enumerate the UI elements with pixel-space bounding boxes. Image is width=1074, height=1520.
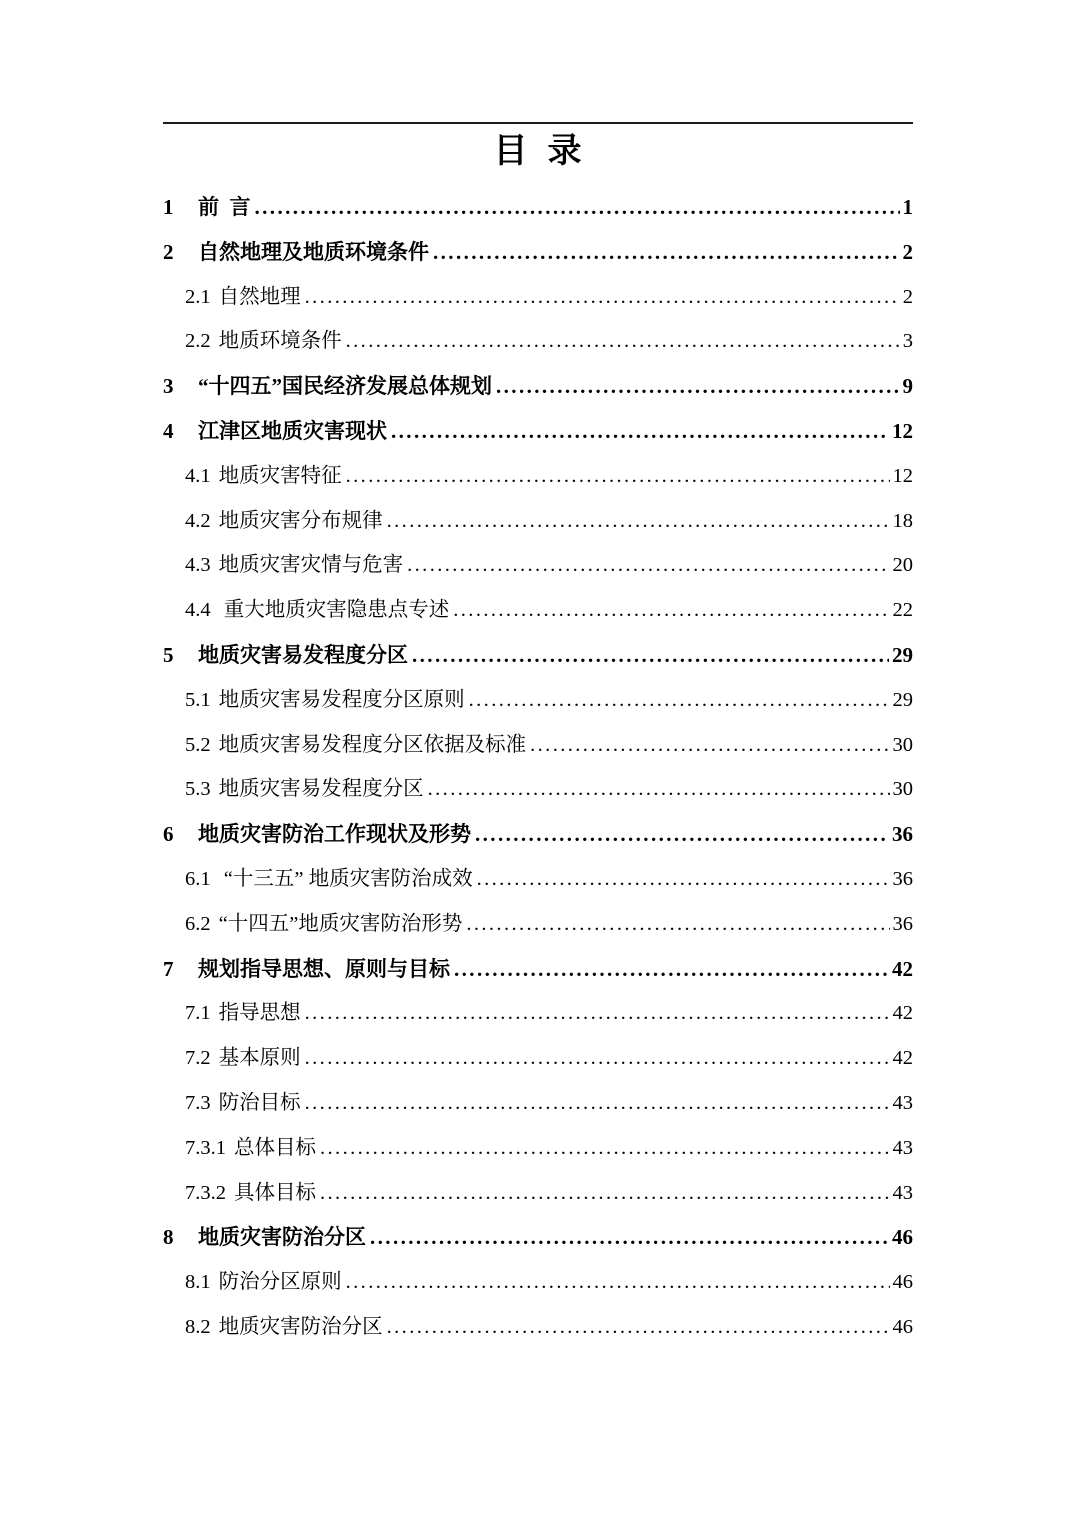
toc-entry[interactable]: 5.3 地质灾害易发程度分区 30 — [163, 767, 913, 812]
toc-entry-number: 7 — [163, 947, 198, 992]
document-page: 目 录 1 前 言 1 2 自然地理及地质环境条件 2 2.1 自然地理 2 2… — [0, 0, 1074, 1520]
toc-entry-page: 1 — [903, 185, 914, 230]
dot-leader — [530, 723, 889, 768]
dot-leader — [387, 499, 890, 544]
toc-entry-number: 6 — [163, 812, 198, 857]
dot-leader — [346, 1260, 890, 1305]
header-rule — [163, 122, 913, 124]
dot-leader — [496, 364, 900, 409]
toc-entry-title: 前 言 — [198, 185, 251, 230]
toc-entry[interactable]: 2.1 自然地理 2 — [163, 275, 913, 320]
toc-entry[interactable]: 5.2 地质灾害易发程度分区依据及标准 30 — [163, 723, 913, 768]
toc-entry-title: 地质灾害防治分区 — [219, 1305, 383, 1350]
toc-entry-page: 43 — [893, 1126, 914, 1171]
dot-leader — [453, 588, 889, 633]
toc-entry[interactable]: 8.2 地质灾害防治分区 46 — [163, 1305, 913, 1350]
toc-entry-title: 地质灾害防治工作现状及形势 — [198, 812, 471, 857]
toc-entry-page: 18 — [893, 499, 914, 544]
toc-entry-title: 自然地理 — [219, 275, 301, 320]
toc-entry-number: 7.2 — [185, 1036, 211, 1081]
toc-entry-title: 江津区地质灾害现状 — [198, 409, 387, 454]
toc-entry[interactable]: 7.3 防治目标 43 — [163, 1081, 913, 1126]
toc-entry[interactable]: 4 江津区地质灾害现状 12 — [163, 409, 913, 454]
dot-leader — [346, 319, 900, 364]
toc-entry-number: 7.3.2 — [185, 1171, 226, 1216]
toc-entry-number: 5 — [163, 633, 198, 678]
toc-entry-title: 地质灾害特征 — [219, 454, 342, 499]
toc-entry-page: 43 — [893, 1081, 914, 1126]
toc-entry[interactable]: 7.3.2 具体目标 43 — [163, 1171, 913, 1216]
toc-entry[interactable]: 7.3.1 总体目标 43 — [163, 1126, 913, 1171]
toc-entry-page: 12 — [893, 454, 914, 499]
toc-entry-title: 地质灾害防治分区 — [198, 1215, 366, 1260]
dot-leader — [391, 409, 889, 454]
toc-entry-number: 2.2 — [185, 319, 211, 364]
toc-entry[interactable]: 4.4 重大地质灾害隐患点专述 22 — [163, 588, 913, 633]
dot-leader — [454, 947, 889, 992]
toc-entry[interactable]: 7.2 基本原则 42 — [163, 1036, 913, 1081]
toc-entry[interactable]: 5.1 地质灾害易发程度分区原则 29 — [163, 678, 913, 723]
toc-entry-page: 30 — [893, 723, 914, 768]
toc-entry[interactable]: 6.1 “十三五” 地质灾害防治成效 36 — [163, 857, 913, 902]
toc-entry-number: 4.3 — [185, 543, 211, 588]
toc-entry-number: 8.1 — [185, 1260, 211, 1305]
dot-leader — [433, 230, 900, 275]
toc-entry-number: 5.2 — [185, 723, 211, 768]
toc-entry[interactable]: 4.1 地质灾害特征 12 — [163, 454, 913, 499]
toc-entry-number: 6.1 — [185, 857, 211, 902]
toc-title: 目 录 — [163, 131, 913, 173]
toc-entry-title: 总体目标 — [234, 1126, 316, 1171]
toc-entry-page: 22 — [893, 588, 914, 633]
toc-entry-title: 地质灾害易发程度分区依据及标准 — [219, 723, 527, 768]
toc-entry-page: 42 — [893, 1036, 914, 1081]
dot-leader — [469, 678, 890, 723]
toc-entry[interactable]: 3 “十四五”国民经济发展总体规划 9 — [163, 364, 913, 409]
toc-entry[interactable]: 2 自然地理及地质环境条件 2 — [163, 230, 913, 275]
toc-entry-page: 42 — [893, 991, 914, 1036]
dot-leader — [320, 1126, 890, 1171]
toc-entry-number: 7.3 — [185, 1081, 211, 1126]
toc-entry-number: 3 — [163, 364, 198, 409]
toc-entry-title: 防治分区原则 — [219, 1260, 342, 1305]
dot-leader — [255, 185, 900, 230]
toc-entry-page: 36 — [892, 812, 913, 857]
toc-entry-page: 36 — [893, 902, 914, 947]
toc-entry-title: 地质灾害易发程度分区原则 — [219, 678, 465, 723]
toc-entry[interactable]: 8.1 防治分区原则 46 — [163, 1260, 913, 1305]
toc-entry-page: 36 — [893, 857, 914, 902]
toc-entry[interactable]: 8 地质灾害防治分区 46 — [163, 1215, 913, 1260]
toc-entry-page: 2 — [903, 275, 913, 320]
toc-entry-title: “十四五”国民经济发展总体规划 — [198, 364, 492, 409]
dot-leader — [387, 1305, 890, 1350]
dot-leader — [320, 1171, 890, 1216]
toc-entry-number: 2.1 — [185, 275, 211, 320]
toc-entry-page: 2 — [903, 230, 914, 275]
toc-entry-title: “十四五”地质灾害防治形势 — [219, 902, 463, 947]
toc-entry[interactable]: 1 前 言 1 — [163, 185, 913, 230]
toc-entry-title: 具体目标 — [234, 1171, 316, 1216]
dot-leader — [305, 275, 900, 320]
dot-leader — [475, 812, 889, 857]
toc-entry[interactable]: 4.2 地质灾害分布规律 18 — [163, 499, 913, 544]
dot-leader — [346, 454, 890, 499]
dot-leader — [466, 902, 889, 947]
toc-entry[interactable]: 6.2 “十四五”地质灾害防治形势 36 — [163, 902, 913, 947]
toc-entry-page: 30 — [893, 767, 914, 812]
toc-entry[interactable]: 7 规划指导思想、原则与目标 42 — [163, 947, 913, 992]
toc-entry-page: 3 — [903, 319, 913, 364]
toc-entry-number: 8 — [163, 1215, 198, 1260]
toc-entry-number: 1 — [163, 185, 198, 230]
toc-entry-page: 42 — [892, 947, 913, 992]
toc-entry-number: 4 — [163, 409, 198, 454]
toc-entry-page: 46 — [893, 1305, 914, 1350]
toc-entry-number: 6.2 — [185, 902, 211, 947]
dot-leader — [305, 1081, 890, 1126]
dot-leader — [412, 633, 889, 678]
toc-list: 1 前 言 1 2 自然地理及地质环境条件 2 2.1 自然地理 2 2.2 地… — [163, 185, 913, 1350]
toc-entry-number: 7.3.1 — [185, 1126, 226, 1171]
toc-entry-page: 46 — [892, 1215, 913, 1260]
dot-leader — [428, 767, 890, 812]
toc-entry-page: 20 — [893, 543, 914, 588]
toc-entry-page: 29 — [892, 633, 913, 678]
toc-entry-title: 地质灾害易发程度分区 — [219, 767, 424, 812]
toc-entry-title: 地质灾害分布规律 — [219, 499, 383, 544]
toc-entry-title: 地质环境条件 — [219, 319, 342, 364]
toc-entry-page: 9 — [903, 364, 914, 409]
dot-leader — [477, 857, 890, 902]
toc-entry-title: 地质灾害易发程度分区 — [198, 633, 408, 678]
toc-entry-title: 防治目标 — [219, 1081, 301, 1126]
toc-entry[interactable]: 2.2 地质环境条件 3 — [163, 319, 913, 364]
toc-entry[interactable]: 6 地质灾害防治工作现状及形势 36 — [163, 812, 913, 857]
toc-entry-number: 4.4 — [185, 588, 211, 633]
toc-entry-page: 29 — [893, 678, 914, 723]
toc-entry-number: 5.3 — [185, 767, 211, 812]
dot-leader — [305, 991, 890, 1036]
toc-entry-title: “十三五” 地质灾害防治成效 — [219, 857, 473, 902]
dot-leader — [407, 543, 889, 588]
toc-entry[interactable]: 5 地质灾害易发程度分区 29 — [163, 633, 913, 678]
toc-entry-title: 重大地质灾害隐患点专述 — [219, 588, 450, 633]
toc-entry[interactable]: 7.1 指导思想 42 — [163, 991, 913, 1036]
toc-entry-number: 4.2 — [185, 499, 211, 544]
toc-entry-page: 12 — [892, 409, 913, 454]
toc-entry-page: 46 — [893, 1260, 914, 1305]
toc-entry-title: 地质灾害灾情与危害 — [219, 543, 404, 588]
toc-entry-number: 4.1 — [185, 454, 211, 499]
toc-entry-number: 7.1 — [185, 991, 211, 1036]
toc-entry-title: 规划指导思想、原则与目标 — [198, 947, 450, 992]
dot-leader — [305, 1036, 890, 1081]
toc-entry-number: 8.2 — [185, 1305, 211, 1350]
toc-entry-page: 43 — [893, 1171, 914, 1216]
toc-entry-number: 5.1 — [185, 678, 211, 723]
dot-leader — [370, 1215, 889, 1260]
toc-entry[interactable]: 4.3 地质灾害灾情与危害 20 — [163, 543, 913, 588]
toc-entry-title: 自然地理及地质环境条件 — [198, 230, 429, 275]
toc-entry-number: 2 — [163, 230, 198, 275]
toc-entry-title: 基本原则 — [219, 1036, 301, 1081]
toc-entry-title: 指导思想 — [219, 991, 301, 1036]
